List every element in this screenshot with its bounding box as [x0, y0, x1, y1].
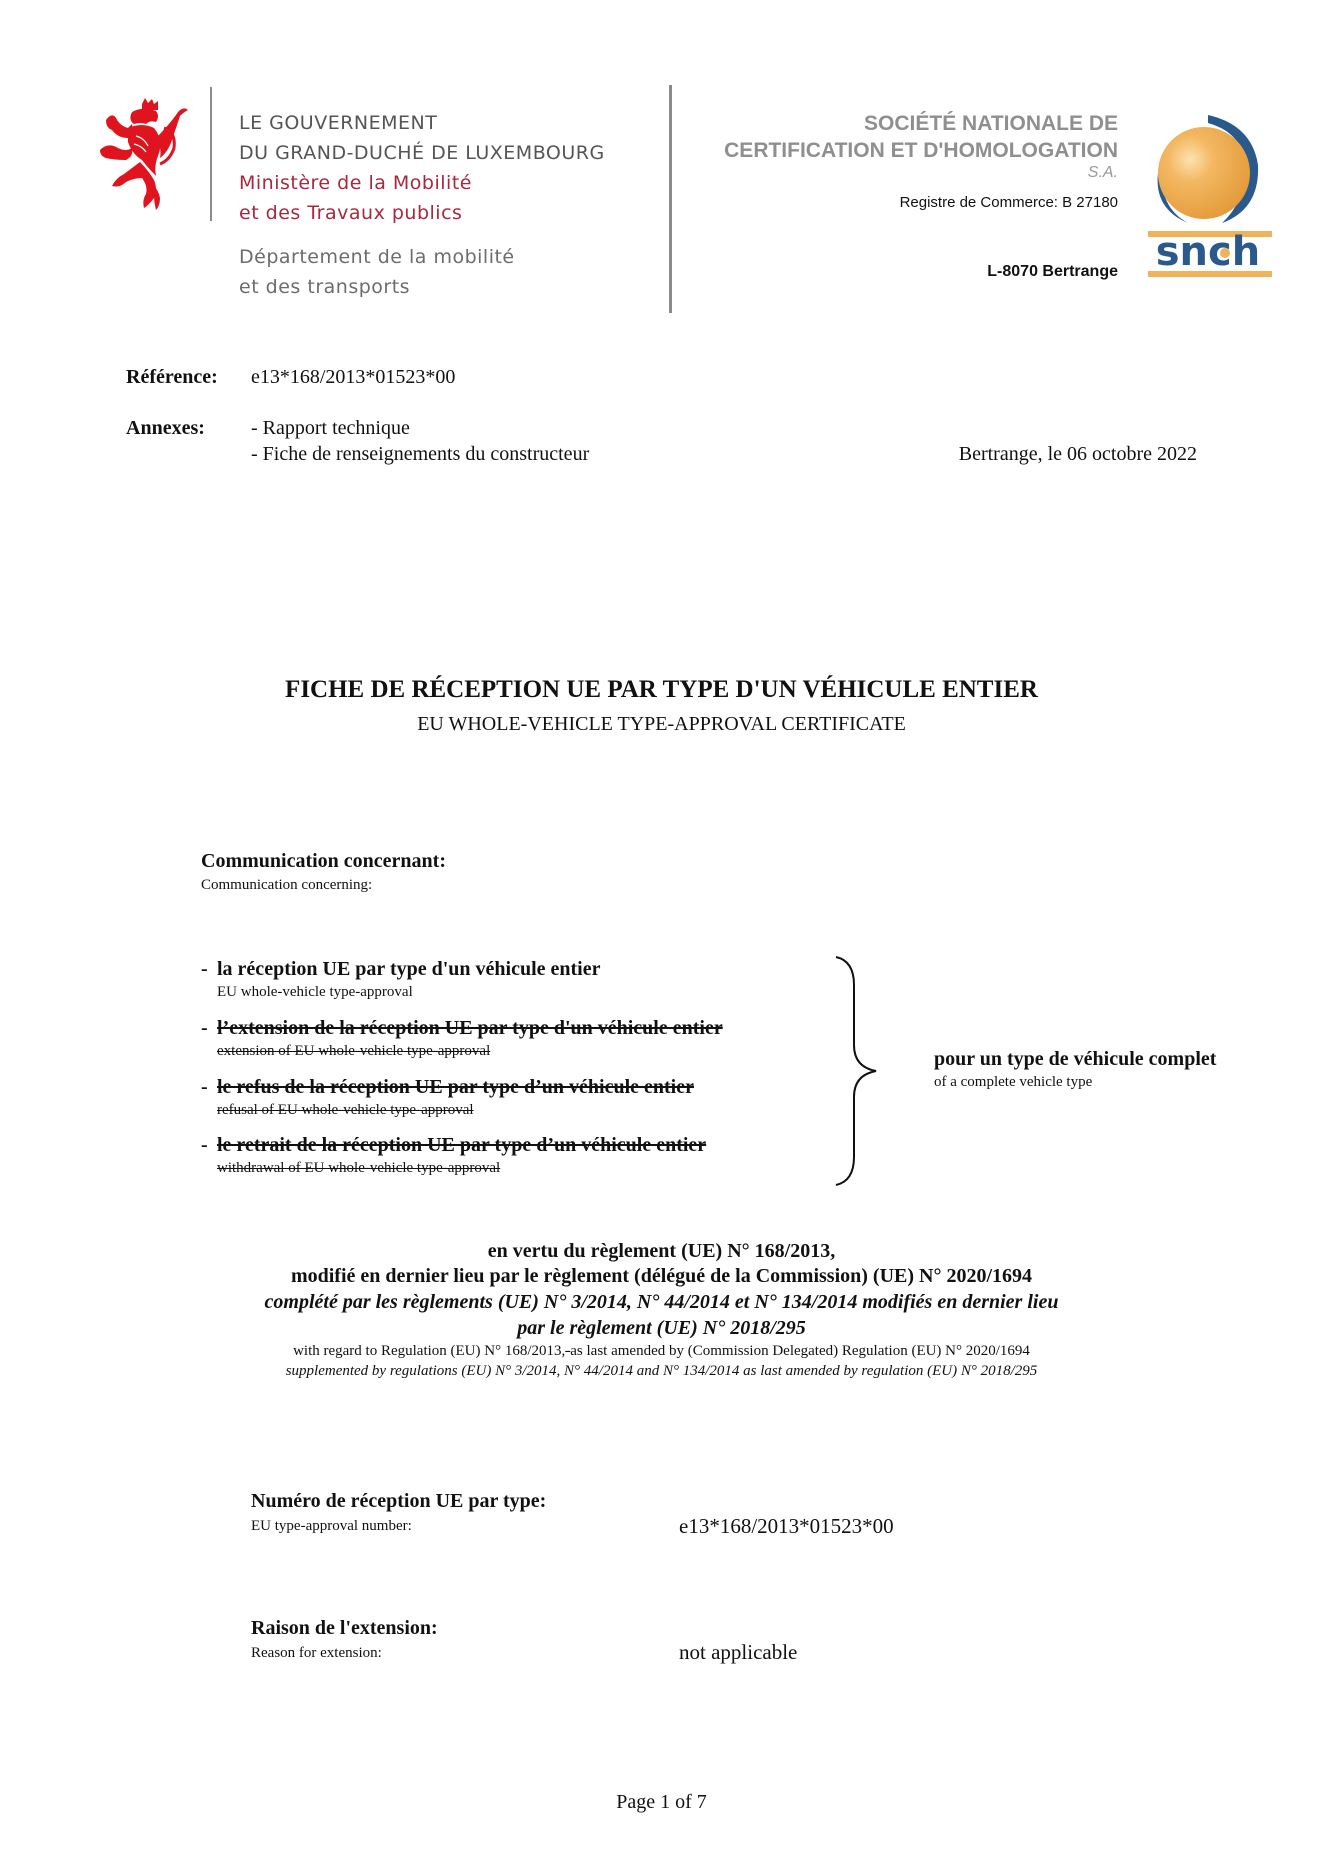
- luxembourg-lion-emblem: [98, 98, 190, 210]
- communication-item-en: withdrawal of EU whole-vehicle type-appr…: [217, 1160, 500, 1177]
- communication-item-en: EU whole-vehicle type-approval: [217, 984, 413, 1001]
- approval-number-label-en: EU type-approval number:: [251, 1518, 412, 1535]
- government-title-line2: DU GRAND-DUCHÉ DE LUXEMBOURG: [239, 138, 605, 168]
- communication-item-fr: l’extension de la réception UE par type …: [217, 1017, 723, 1040]
- item-dash: -: [201, 1134, 208, 1157]
- place-date: Bertrange, le 06 octobre 2022: [959, 443, 1197, 466]
- item-dash: -: [201, 958, 208, 981]
- snch-block: SOCIÉTÉ NATIONALE DE CERTIFICATION ET D'…: [680, 110, 1118, 281]
- regulation-en-line-1: with regard to Regulation (EU) N° 168/20…: [0, 1343, 1323, 1360]
- annexes-label: Annexes:: [126, 417, 205, 440]
- regulation-line-3: complété par les règlements (UE) N° 3/20…: [0, 1291, 1323, 1314]
- approval-number-label-fr: Numéro de réception UE par type:: [251, 1490, 546, 1513]
- regulation-line-2: modifié en dernier lieu par le règlement…: [0, 1265, 1323, 1288]
- snch-name-line1: SOCIÉTÉ NATIONALE DE: [680, 110, 1118, 137]
- extension-reason-value: not applicable: [679, 1640, 797, 1665]
- ministry-line2: et des Travaux publics: [239, 198, 605, 228]
- government-block: LE GOUVERNEMENT DU GRAND-DUCHÉ DE LUXEMB…: [239, 108, 605, 302]
- annex-item: - Rapport technique: [251, 417, 410, 440]
- svg-text:snch: snch: [1156, 229, 1260, 275]
- extension-reason-label-fr: Raison de l'extension:: [251, 1617, 438, 1640]
- communication-label-fr: Communication concernant:: [201, 850, 446, 873]
- reference-label: Référence:: [126, 366, 218, 389]
- header-divider-left: [210, 87, 212, 221]
- government-title-line1: LE GOUVERNEMENT: [239, 108, 605, 138]
- snch-logo: snch: [1148, 113, 1272, 278]
- department-line1: Département de la mobilité: [239, 242, 605, 272]
- department-line2: et des transports: [239, 272, 605, 302]
- ministry-line1: Ministère de la Mobilité: [239, 168, 605, 198]
- scope-fr: pour un type de véhicule complet: [934, 1048, 1216, 1071]
- document-title: FICHE DE RÉCEPTION UE PAR TYPE D'UN VÉHI…: [0, 676, 1323, 704]
- regulation-line-4: par le règlement (UE) N° 2018/295: [0, 1317, 1323, 1340]
- scope-en: of a complete vehicle type: [934, 1074, 1092, 1091]
- snch-legal-form: S.A.: [680, 164, 1118, 182]
- snch-address: L-8070 Bertrange: [680, 263, 1118, 281]
- item-dash: -: [201, 1017, 208, 1040]
- regulation-line-1: en vertu du règlement (UE) N° 168/2013,: [0, 1240, 1323, 1263]
- item-dash: -: [201, 1076, 208, 1099]
- communication-item-fr: le refus de la réception UE par type d’u…: [217, 1076, 694, 1099]
- regulation-en-line-2: supplemented by regulations (EU) N° 3/20…: [0, 1363, 1323, 1380]
- snch-logo-icon: snch: [1148, 113, 1272, 278]
- reference-value: e13*168/2013*01523*00: [251, 366, 455, 389]
- annex-item: - Fiche de renseignements du constructeu…: [251, 443, 589, 466]
- communication-item-fr: la réception UE par type d'un véhicule e…: [217, 958, 601, 981]
- regulation-en-part-b: as last amended by (Commission Delegated…: [570, 1343, 1030, 1359]
- header-divider-center: [669, 85, 672, 313]
- communication-item-en: extension of EU whole-vehicle type-appro…: [217, 1043, 490, 1060]
- red-lion-icon: [98, 98, 190, 210]
- approval-number-value: e13*168/2013*01523*00: [679, 1514, 894, 1539]
- communication-item-fr: le retrait de la réception UE par type d…: [217, 1134, 706, 1157]
- page-number: Page 1 of 7: [0, 1791, 1323, 1814]
- right-brace-icon: [828, 955, 888, 1187]
- communication-item-en: refusal of EU whole-vehicle type-approva…: [217, 1102, 474, 1119]
- document-subtitle: EU WHOLE-VEHICLE TYPE-APPROVAL CERTIFICA…: [0, 713, 1323, 736]
- curly-brace: [828, 955, 888, 1187]
- communication-label-en: Communication concerning:: [201, 877, 372, 894]
- snch-name-line2: CERTIFICATION ET D'HOMOLOGATION: [680, 137, 1118, 164]
- extension-reason-label-en: Reason for extension:: [251, 1645, 382, 1662]
- regulation-en-part-a: with regard to Regulation (EU) N° 168/20…: [293, 1343, 565, 1359]
- snch-register: Registre de Commerce: B 27180: [680, 194, 1118, 211]
